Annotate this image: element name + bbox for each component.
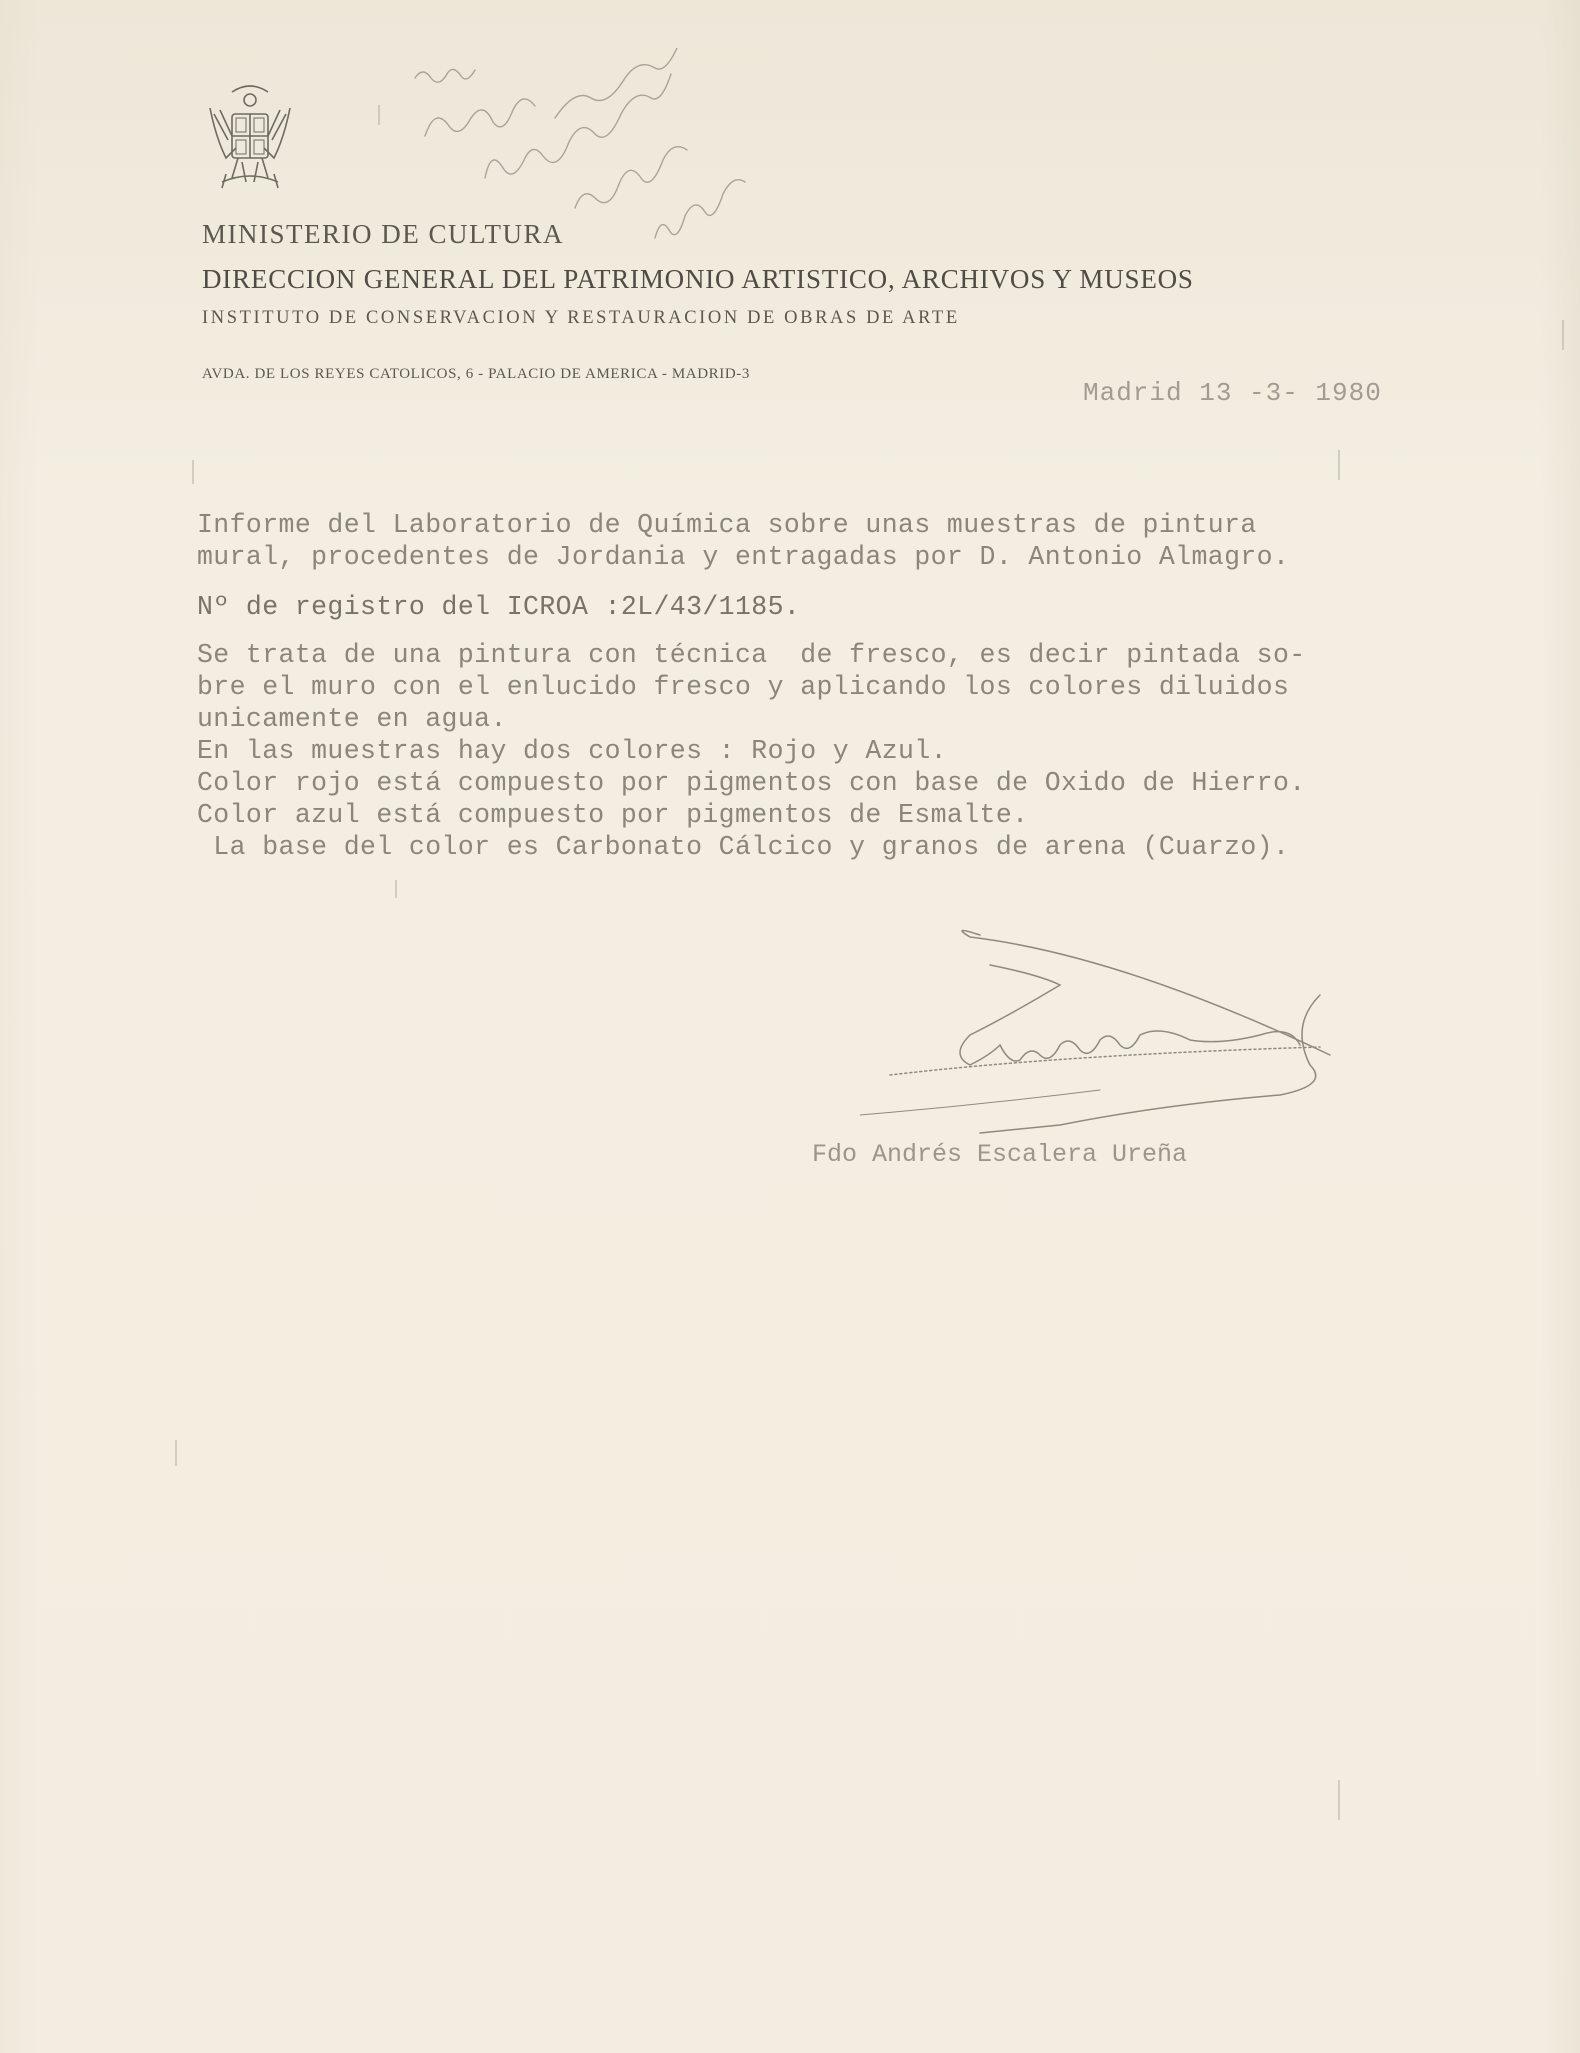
pencil-mark <box>1338 450 1340 480</box>
registry-number: Nº de registro del ICROA :2L/43/1185. <box>197 592 800 622</box>
body-line-3: unicamente en agua. <box>197 704 507 734</box>
body-line-2: bre el muro con el enlucido fresco y apl… <box>197 672 1289 702</box>
coat-of-arms-icon <box>202 78 298 196</box>
body-line-4: En las muestras hay dos colores : Rojo y… <box>197 736 947 766</box>
letter-date: Madrid 13 -3- 1980 <box>1083 378 1382 408</box>
pencil-mark <box>175 1440 177 1466</box>
handwritten-signature-icon <box>860 915 1380 1135</box>
pencil-mark <box>378 105 380 125</box>
pencil-mark <box>395 880 397 898</box>
institute-address: AVDA. DE LOS REYES CATOLICOS, 6 - PALACI… <box>202 366 750 383</box>
ministry-name: MINISTERIO DE CULTURA <box>202 219 564 250</box>
pencil-mark <box>192 460 194 484</box>
report-title-line-2: mural, procedentes de Jordania y entraga… <box>197 542 1289 572</box>
body-line-5: Color rojo está compuesto por pigmentos … <box>197 768 1306 798</box>
body-line-1: Se trata de una pintura con técnica de f… <box>197 640 1306 670</box>
handwritten-address-note <box>405 48 925 248</box>
institute-name: INSTITUTO DE CONSERVACION Y RESTAURACION… <box>202 308 960 329</box>
signer-name: Fdo Andrés Escalera Ureña <box>812 1140 1187 1169</box>
pencil-mark <box>1338 1780 1340 1820</box>
report-title-line-1: Informe del Laboratorio de Química sobre… <box>197 510 1257 540</box>
directorate-name: DIRECCION GENERAL DEL PATRIMONIO ARTISTI… <box>202 264 1194 295</box>
body-line-7: La base del color es Carbonato Cálcico y… <box>197 832 1289 862</box>
pencil-mark <box>1562 320 1564 350</box>
body-line-6: Color azul está compuesto por pigmentos … <box>197 800 1028 830</box>
